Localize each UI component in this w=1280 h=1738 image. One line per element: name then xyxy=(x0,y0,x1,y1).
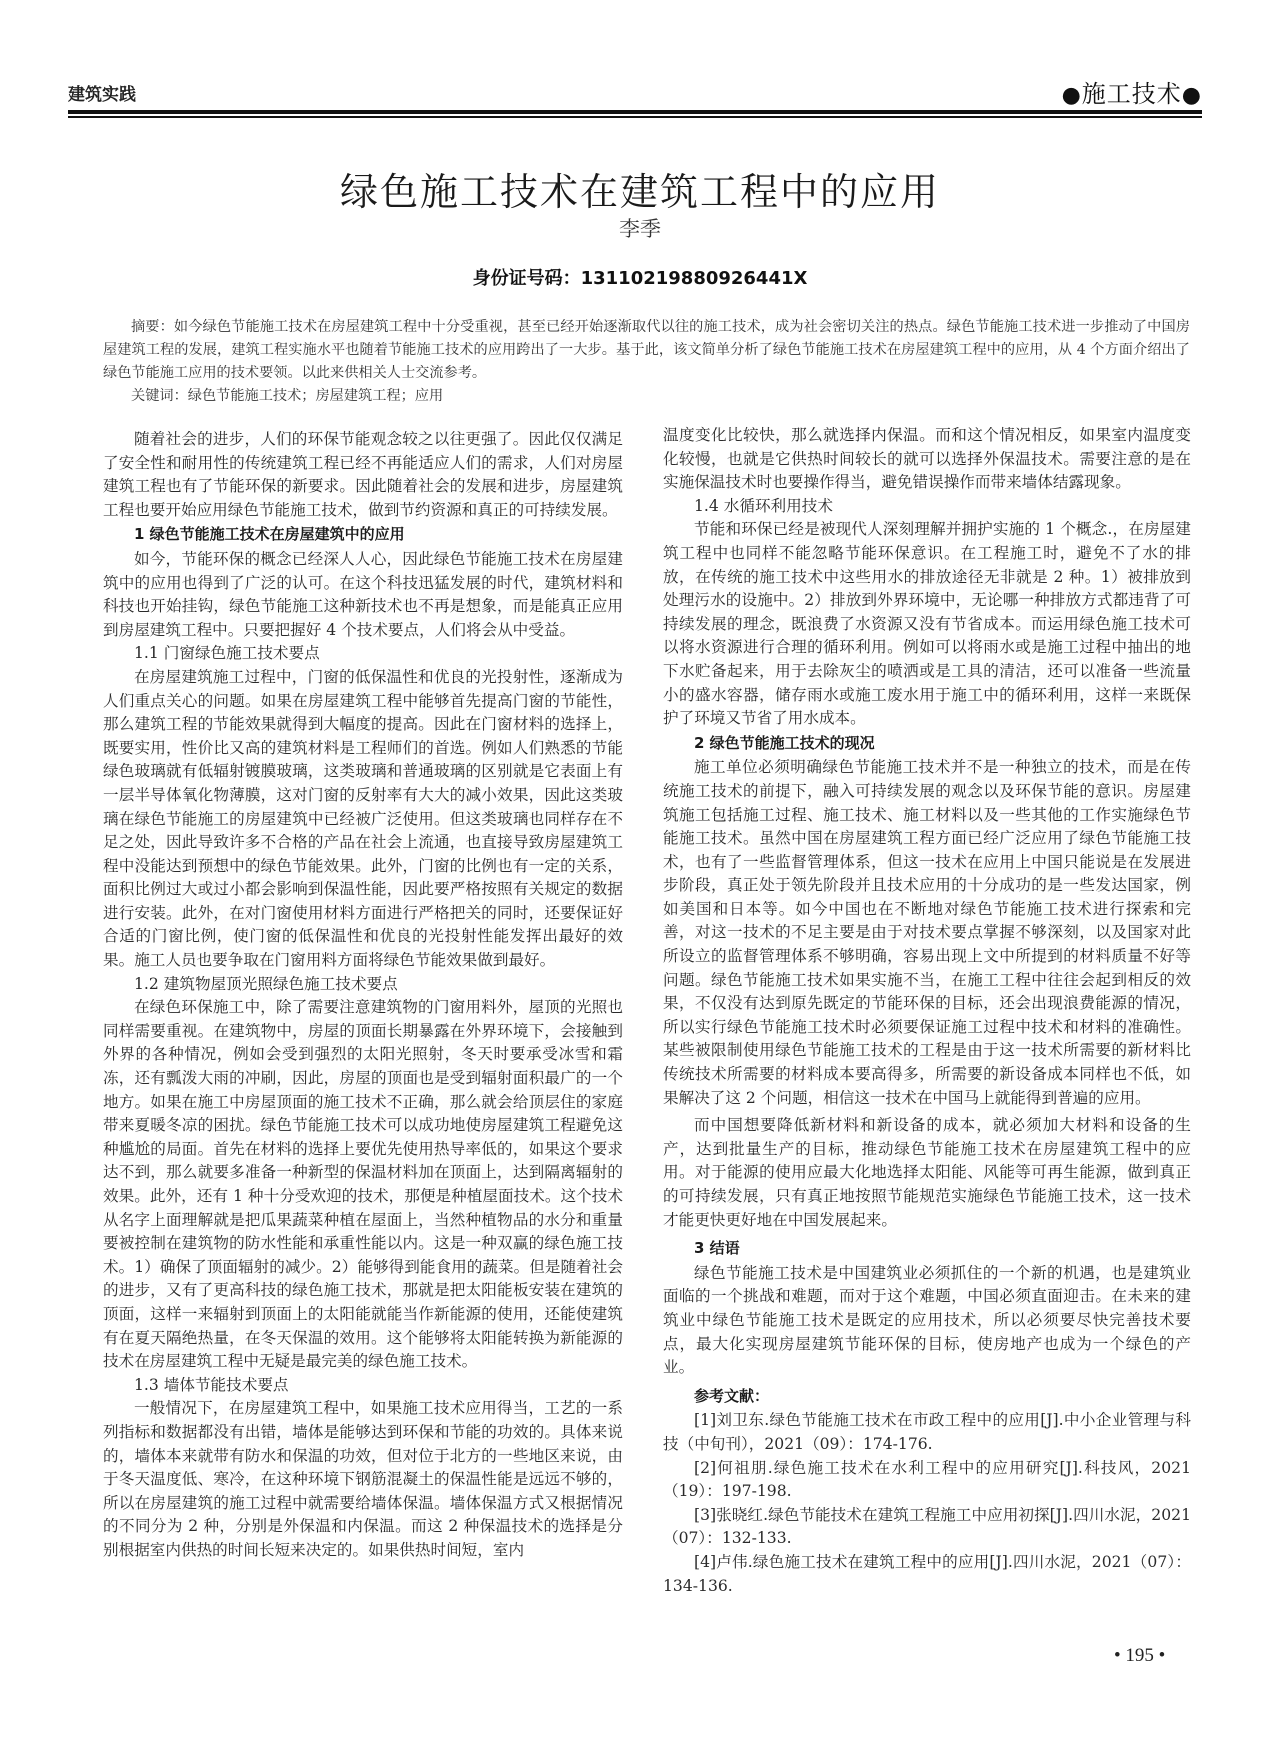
references-heading: 参考文献： xyxy=(663,1385,1191,1409)
section-1-3-heading: 1.3 墙体节能技术要点 xyxy=(103,1374,623,1398)
section-3-heading: 3 结语 xyxy=(663,1237,1191,1261)
section-1-2-heading: 1.2 建筑物屋顶光照绿色施工技术要点 xyxy=(103,973,623,997)
section-1-2-body: 在绿色环保施工中，除了需要注意建筑物的门窗用料外，屋顶的光照也同样需要重视。在建… xyxy=(103,996,623,1374)
reference-item: [3]张晓红.绿色节能技术在建筑工程施工中应用初探[J].四川水泥，2021（0… xyxy=(663,1504,1191,1551)
paragraph-gap xyxy=(663,1232,1191,1236)
article-title: 绿色施工技术在建筑工程中的应用 xyxy=(0,161,1280,216)
section-3-body: 绿色节能施工技术是中国建筑业必须抓住的一个新的机遇，也是建筑业面临的一个挑战和难… xyxy=(663,1262,1191,1380)
reference-item: [2]何祖朋.绿色施工技术在水利工程中的应用研究[J].科技风，2021（19）… xyxy=(663,1457,1191,1504)
bullet-dot-icon: ● xyxy=(1062,83,1082,108)
section-1-heading: 1 绿色节能施工技术在房屋建筑中的应用 xyxy=(103,523,623,547)
section-1-1-heading: 1.1 门窗绿色施工技术要点 xyxy=(103,642,623,666)
abstract-block: 摘要：如今绿色节能施工技术在房屋建筑工程中十分受重视，甚至已经开始逐渐取代以往的… xyxy=(103,316,1190,408)
section-1-4-heading: 1.4 水循环利用技术 xyxy=(663,495,1191,519)
column-label-text: 施工技术 xyxy=(1082,80,1182,108)
page-number: • 195 • xyxy=(1114,1645,1165,1667)
left-column: 随着社会的进步，人们的环保节能观念较之以往更强了。因此仅仅满足了安全性和耐用性的… xyxy=(103,428,623,1563)
author-id-line: 身份证号码：13110219880926441X xyxy=(0,264,1280,290)
reference-item: [4]卢伟.绿色施工技术在建筑工程中的应用[J].四川水泥，2021（07）：1… xyxy=(663,1551,1191,1598)
section-2-body-1: 施工单位必须明确绿色节能施工技术并不是一种独立的技术，而是在传统施工技术的前提下… xyxy=(663,756,1191,1110)
column-label: ●施工技术● xyxy=(1062,74,1202,109)
section-2-heading: 2 绿色节能施工技术的现况 xyxy=(663,732,1191,756)
section-1-1-body: 在房屋建筑施工过程中，门窗的低保温性和优良的光投射性，逐渐成为人们重点关心的问题… xyxy=(103,666,623,973)
header-rule-thick xyxy=(68,110,1202,114)
keywords-text: 关键词：绿色节能施工技术；房屋建筑工程；应用 xyxy=(103,385,1190,408)
running-head: 建筑实践 ●施工技术● xyxy=(68,78,1202,110)
section-2-body-2: 而中国想要降低新材料和新设备的成本，就必须加大材料和设备的生产，达到批量生产的目… xyxy=(663,1114,1191,1232)
section-1-body: 如今，节能环保的概念已经深人人心，因此绿色节能施工技术在房屋建筑中的应用也得到了… xyxy=(103,548,623,642)
header-rule-thin xyxy=(68,116,1202,118)
article-author: 李季 xyxy=(0,213,1280,243)
paragraph-gap xyxy=(663,1380,1191,1384)
intro-paragraph: 随着社会的进步，人们的环保节能观念较之以往更强了。因此仅仅满足了安全性和耐用性的… xyxy=(103,428,623,522)
section-1-3-continued: 温度变化比较快，那么就选择内保温。而和这个情况相反，如果室内温度变化较慢，也就是… xyxy=(663,424,1191,495)
section-1-3-body: 一般情况下，在房屋建筑工程中，如果施工技术应用得当，工艺的一系列指标和数据都没有… xyxy=(103,1397,623,1562)
reference-item: [1]刘卫东.绿色节能施工技术在市政工程中的应用[J].中小企业管理与科技（中旬… xyxy=(663,1409,1191,1456)
journal-section-label: 建筑实践 xyxy=(68,80,136,105)
abstract-text: 摘要：如今绿色节能施工技术在房屋建筑工程中十分受重视，甚至已经开始逐渐取代以往的… xyxy=(103,316,1190,385)
right-column: 温度变化比较快，那么就选择内保温。而和这个情况相反，如果室内温度变化较慢，也就是… xyxy=(663,424,1191,1598)
bullet-dot-icon: ● xyxy=(1182,83,1202,108)
section-1-4-body: 节能和环保已经是被现代人深刻理解并拥护实施的 1 个概念.，在房屋建筑工程中也同… xyxy=(663,518,1191,730)
references-list: [1]刘卫东.绿色节能施工技术在市政工程中的应用[J].中小企业管理与科技（中旬… xyxy=(663,1409,1191,1598)
